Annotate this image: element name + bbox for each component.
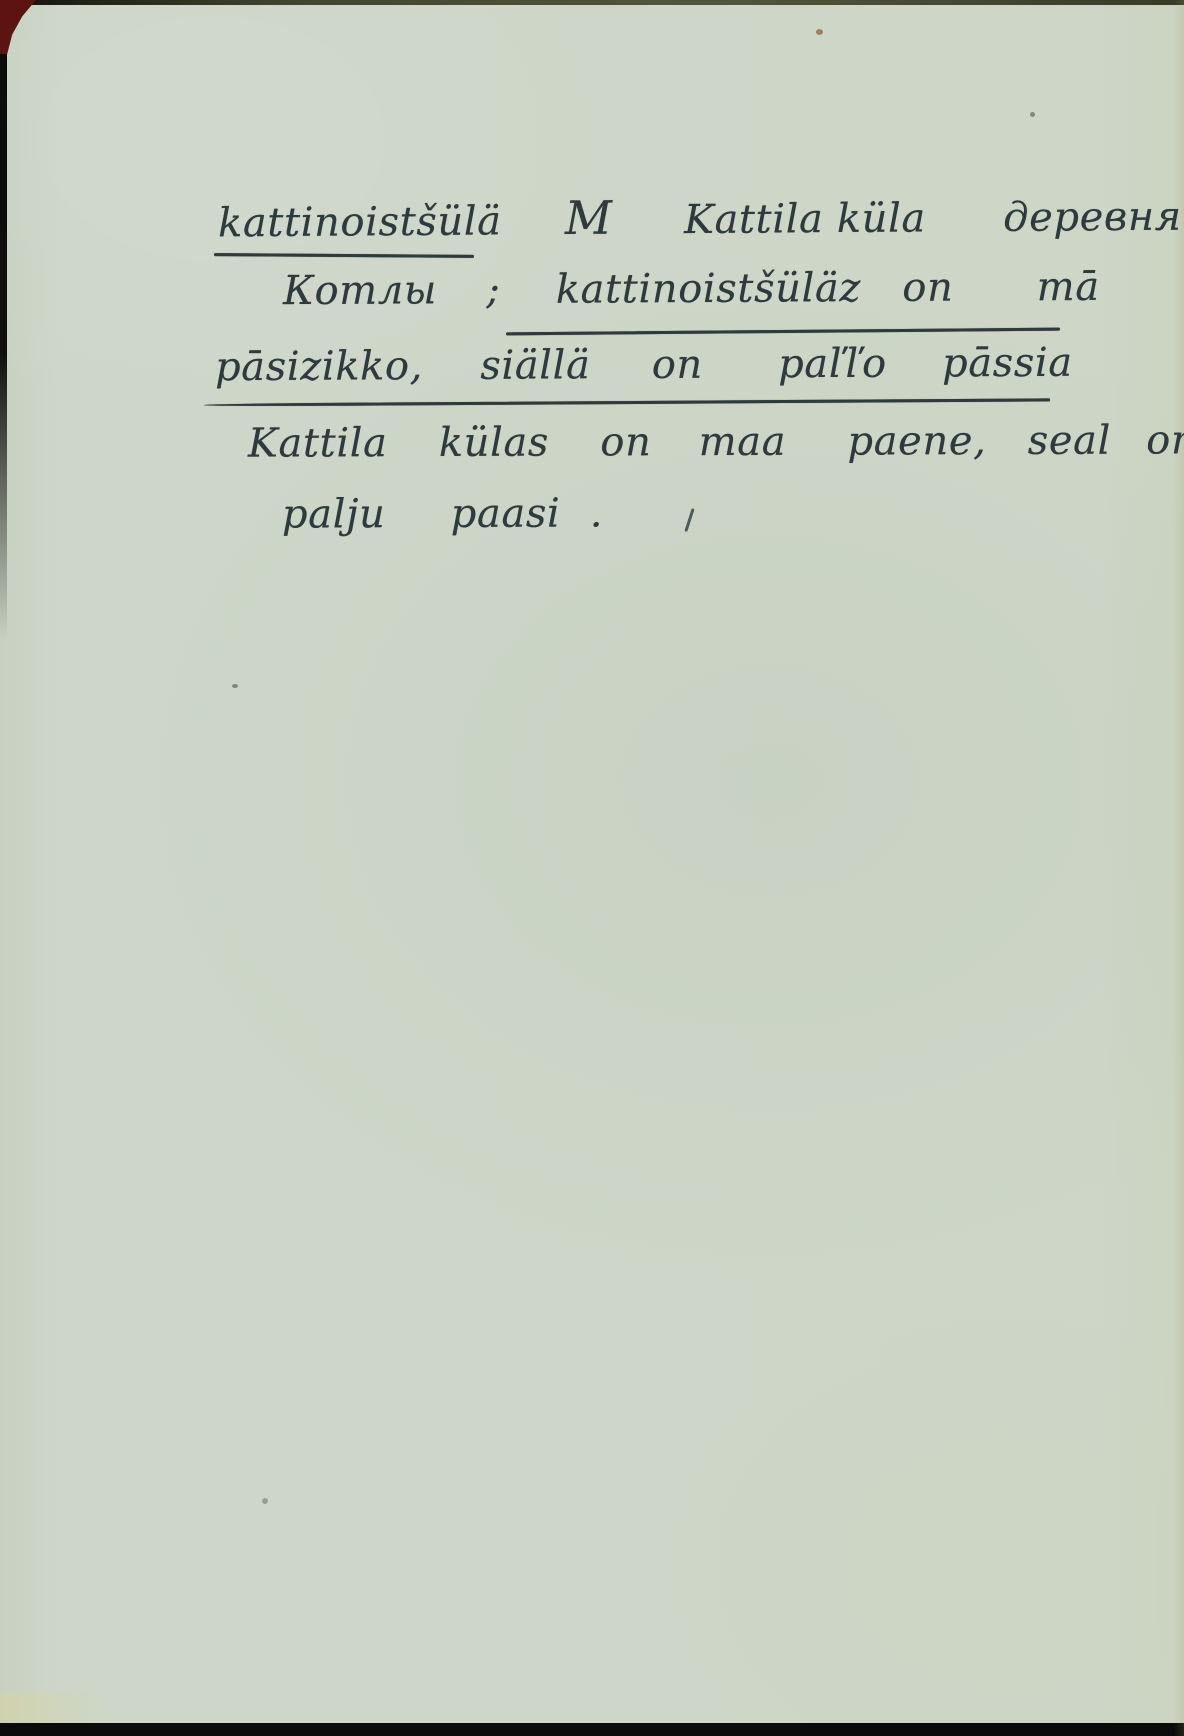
scan-bottom-edge — [0, 1723, 1184, 1736]
manuscript-page: kattinoistšülä M Kattila küla деревня Ко… — [0, 0, 1184, 1736]
handwritten-word: Kattila — [248, 420, 388, 466]
handwritten-word: külas — [439, 420, 549, 466]
handwritten-line-1: kattinoistšülä M Kattila küla деревня — [218, 187, 1182, 248]
handwritten-word: seal — [1028, 418, 1111, 464]
handwritten-word: pāsizikko, — [215, 343, 423, 390]
handwritten-word: paľľo — [778, 341, 887, 388]
handwritten-word: paene, — [847, 418, 986, 464]
handwritten-word: kattinoistšüläz — [556, 265, 862, 313]
bottom-left-paper-corner — [0, 1693, 110, 1723]
handwritten-word: on — [902, 265, 953, 311]
handwritten-word: M — [565, 191, 613, 245]
handwritten-word: maa — [699, 419, 787, 465]
handwritten-underline-2 — [506, 328, 1060, 336]
paper-speck — [232, 684, 238, 688]
paper-speck — [262, 1498, 268, 1504]
handwritten-word: kattinoistšülä — [218, 198, 502, 246]
paper-speck — [816, 29, 823, 35]
handwritten-word: Котлы — [283, 267, 437, 314]
handwritten-word: on — [600, 419, 651, 465]
handwritten-word: ; — [486, 267, 500, 313]
handwritten-word: mā — [1037, 264, 1100, 310]
handwritten-line-5: palju paasi . — [282, 490, 603, 537]
handwritten-underline-1 — [214, 253, 474, 258]
paper-speck — [1030, 112, 1035, 117]
handwritten-line-2: Котлы ; kattinoistšüläz on mā — [283, 264, 1100, 314]
handwritten-word: Kattila küla — [684, 195, 926, 243]
handwritten-word: . — [590, 490, 603, 536]
handwritten-word: pāssia — [942, 340, 1073, 387]
handwritten-word: siällä — [480, 342, 590, 389]
handwritten-underline-3 — [204, 398, 1050, 406]
stray-ink-mark — [684, 508, 694, 532]
handwritten-line-4: Kattila külas on maa paene, seal on — [248, 417, 1184, 466]
scan-right-edge-shadow — [1174, 0, 1184, 1736]
handwritten-word: on — [652, 342, 703, 388]
handwritten-word: деревня — [1003, 194, 1182, 241]
scan-left-binding-edge — [0, 0, 7, 640]
handwritten-word: palju — [282, 491, 386, 537]
handwritten-word: paasi — [451, 491, 561, 537]
scan-top-edge — [0, 0, 1184, 5]
handwritten-line-3: pāsizikko, siällä on paľľo pāssia — [215, 340, 1073, 390]
handwritten-word: on — [1146, 417, 1184, 463]
corner-red-mark — [0, 0, 36, 54]
